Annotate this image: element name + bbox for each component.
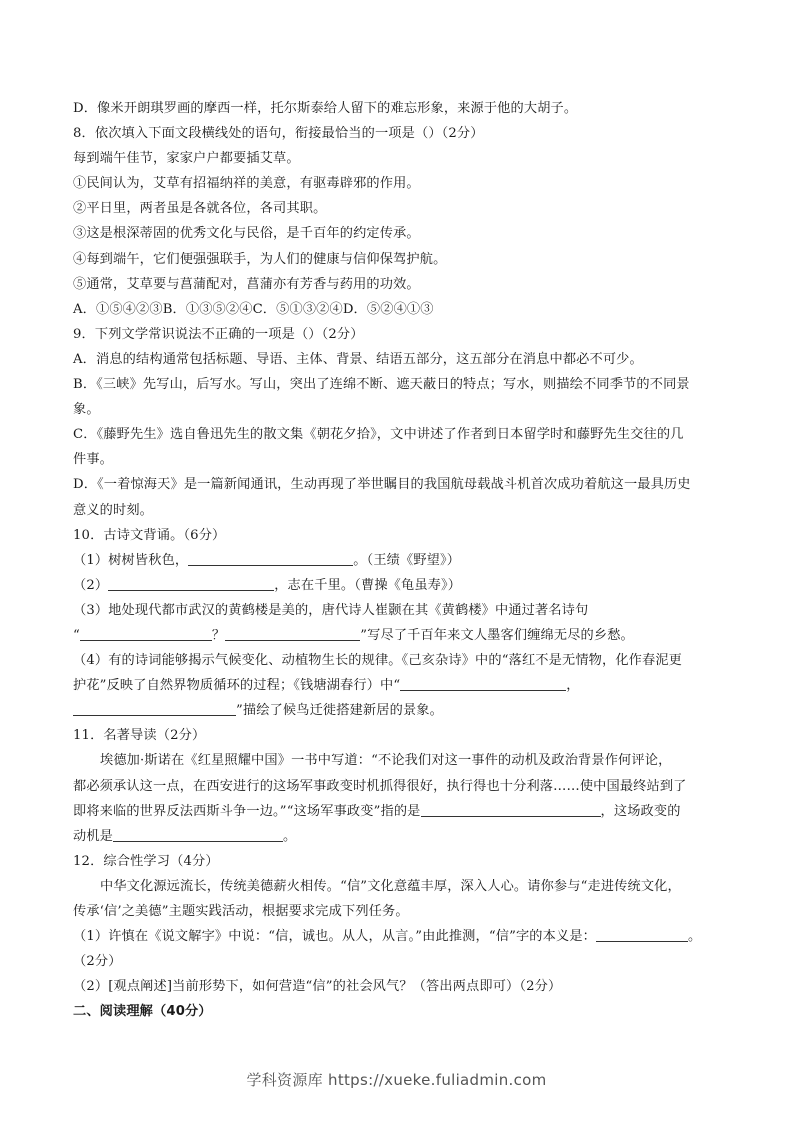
q11-passage-line-2: 都必须承认这一点，在西安进行的这场军事政变时机抓得很好，执行得也十分利落……使中… xyxy=(73,774,725,799)
q8-sentence-5: ⑤通常，艾草要与菖蒲配对，菖蒲亦有芳香与药用的功效。 xyxy=(73,272,725,297)
q8-options: A．①⑤④②③B．①③⑤②④C．⑤①③②④D．⑤②④①③ xyxy=(73,297,725,322)
q11-passage-line-3: 即将来临的世界反法西斯斗争一边。”“这场军事政变”指的是，这场政变的 xyxy=(73,799,725,824)
q12-p1-prefix: （1）许慎在《说文解字》中说：“信，诚也。从人，从言。”由此推测，“信”字的本义… xyxy=(73,929,596,944)
q12-part-1-score: （2分） xyxy=(73,949,725,974)
comma: ， xyxy=(566,678,579,693)
q10-p1-suffix: 。（王绩《野望》） xyxy=(353,553,460,568)
q12-part-2: （2）[观点阐述]当前形势下，如何营造“信”的社会风气？（答出两点即可）（2分） xyxy=(73,974,725,999)
q11-passage-line-1: 埃德加·斯诺在《红星照耀中国》一书中写道：“不论我们对这一事件的动机及政治背景作… xyxy=(73,748,725,773)
q10-stem: 10．古诗文背诵。（6分） xyxy=(73,523,725,548)
q11-line3-suffix: ，这场政变的 xyxy=(601,804,681,819)
q10-p3-suffix: ”写尽了千百年来文人墨客们缠绵无尽的乡愁。 xyxy=(360,628,634,643)
q10-part-4-line3: ”描绘了候鸟迁徙搭建新居的景象。 xyxy=(73,698,725,723)
q7-option-d: D．像米开朗琪罗画的摩西一样，托尔斯泰给人留下的难忘形象，来源于他的大胡子。 xyxy=(73,96,725,121)
q8-intro: 每到端午佳节，家家户户都要插艾草。 xyxy=(73,146,725,171)
answer-blank[interactable] xyxy=(73,701,236,716)
q10-part-3-blanks: “？”写尽了千百年来文人墨客们缠绵无尽的乡愁。 xyxy=(73,623,725,648)
q8-sentence-1: ①民间认为，艾草有招福纳祥的美意，有驱毒辟邪的作用。 xyxy=(73,171,725,196)
q9-option-c-cont: 件事。 xyxy=(73,447,725,472)
q12-p1-suffix: 。 xyxy=(688,929,701,944)
q9-option-a: A．消息的结构通常包括标题、导语、主体、背景、结语五部分，这五部分在消息中都必不… xyxy=(73,347,725,372)
q10-p2-suffix: ，志在千里。（曹操《龟虽寿》） xyxy=(274,578,461,593)
q10-p4-suffix: ”描绘了候鸟迁徙搭建新居的景象。 xyxy=(236,703,443,718)
q8-sentence-3: ③这是根深蒂固的优秀文化与民俗，是千百年的约定传承。 xyxy=(73,221,725,246)
q8-stem: 8．依次填入下面文段横线处的语句，衔接最恰当的一项是（）（2分） xyxy=(73,121,725,146)
q11-passage-line-4: 动机是。 xyxy=(73,824,725,849)
answer-blank[interactable] xyxy=(188,551,353,566)
q9-option-b-cont: 象。 xyxy=(73,397,725,422)
q9-option-c: C．《藤野先生》选自鲁迅先生的散文集《朝花夕拾》，文中讲述了作者到日本留学时和藤… xyxy=(73,422,725,447)
answer-blank[interactable] xyxy=(596,927,688,942)
q10-part-1: （1）树树皆秋色，。（王绩《野望》） xyxy=(73,548,725,573)
q12-passage-line-2: 传承‘信’之美德”主题实践活动，根据要求完成下列任务。 xyxy=(73,899,725,924)
answer-blank[interactable] xyxy=(113,827,283,842)
q10-p4-prefix: 护花”反映了自然界物质循环的过程；《钱塘湖春行）中“ xyxy=(73,678,400,693)
section-heading-reading: 二、阅读理解（40分） xyxy=(73,999,725,1024)
q10-part-2: （2），志在千里。（曹操《龟虽寿》） xyxy=(73,573,725,598)
q10-part-3: （3）地处现代都市武汉的黄鹤楼是美的，唐代诗人崔颢在其《黄鹤楼》中通过著名诗句 xyxy=(73,598,725,623)
q10-part-4-line2: 护花”反映了自然界物质循环的过程；《钱塘湖春行）中“， xyxy=(73,673,725,698)
answer-blank[interactable] xyxy=(108,576,274,591)
q9-option-b: B．《三峡》先写山，后写水。写山，突出了连绵不断、遮天蔽日的特点；写水，则描绘不… xyxy=(73,372,725,397)
footer-watermark: 学科资源库 https://xueke.fuliadmin.com xyxy=(0,1069,793,1090)
q12-passage-line-1: 中华文化源远流长，传统美德薪火相传。“信”文化意蕴丰厚，深入人心。请你参与“走进… xyxy=(73,874,725,899)
answer-blank[interactable] xyxy=(421,802,601,817)
answer-blank[interactable] xyxy=(225,626,360,641)
q12-part-1: （1）许慎在《说文解字》中说：“信，诚也。从人，从言。”由此推测，“信”字的本义… xyxy=(73,924,725,949)
q10-p1-prefix: （1）树树皆秋色， xyxy=(73,553,188,568)
q11-stem: 11．名著导读（2分） xyxy=(73,723,725,748)
q9-option-d: D．《一着惊海天》是一篇新闻通讯，生动再现了举世瞩目的我国航母载战斗机首次成功着… xyxy=(73,472,725,497)
open-quote: “ xyxy=(73,628,80,643)
answer-blank[interactable] xyxy=(80,626,212,641)
q11-line4-suffix: 。 xyxy=(283,829,296,844)
q8-sentence-4: ④每到端午，它们便强强联手，为人们的健康与信仰保驾护航。 xyxy=(73,247,725,272)
q11-line3-prefix: 即将来临的世界反法西斯斗争一边。”“这场军事政变”指的是 xyxy=(73,804,421,819)
q10-p2-prefix: （2） xyxy=(73,578,108,593)
exam-page: D．像米开朗琪罗画的摩西一样，托尔斯泰给人留下的难忘形象，来源于他的大胡子。 8… xyxy=(73,96,725,1024)
answer-blank[interactable] xyxy=(400,676,566,691)
q12-stem: 12．综合性学习（4分） xyxy=(73,849,725,874)
q9-stem: 9．下列文学常识说法不正确的一项是（）（2分） xyxy=(73,322,725,347)
q10-part-4: （4）有的诗词能够揭示气候变化、动植物生长的规律。《己亥杂诗》中的“落红不是无情… xyxy=(73,648,725,673)
q11-line4-prefix: 动机是 xyxy=(73,829,113,844)
question-mark: ？ xyxy=(212,628,225,643)
q9-option-d-cont: 意义的时刻。 xyxy=(73,498,725,523)
q8-sentence-2: ②平日里，两者虽是各就各位，各司其职。 xyxy=(73,196,725,221)
